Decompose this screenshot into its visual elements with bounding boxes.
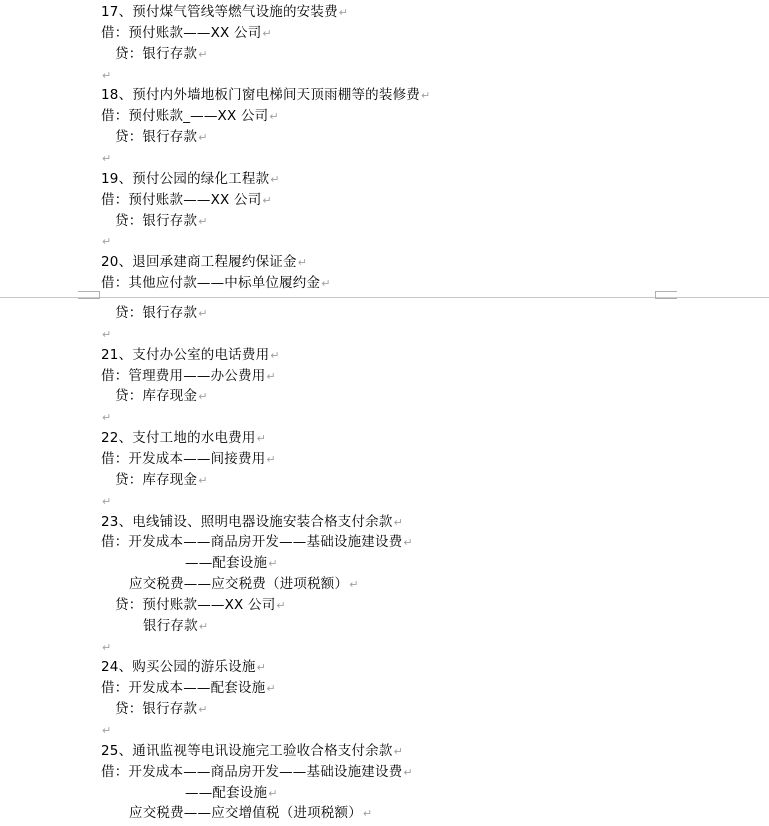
paragraph-mark-icon: ↵ [266,370,275,383]
document-line[interactable]: 贷：银行存款↵ [115,699,208,719]
line-text: 23、电线铺设、照明电器设施安装合格支付余款 [101,514,393,530]
paragraph-mark-icon: ↵ [298,256,307,269]
line-text: 贷：库存现金 [115,472,197,488]
paragraph-mark-icon: ↵ [198,703,207,716]
empty-paragraph[interactable]: ↵ [101,324,111,344]
document-line[interactable]: 应交税费——应交增值税（进项税额）↵ [129,803,372,823]
empty-paragraph[interactable]: ↵ [101,491,111,511]
empty-paragraph[interactable]: ↵ [101,65,111,85]
document-line[interactable]: 20、退回承建商工程履约保证金↵ [101,252,307,272]
paragraph-mark-icon: ↵ [102,69,111,82]
paragraph-mark-icon: ↵ [102,495,111,508]
paragraph-mark-icon: ↵ [403,536,412,549]
line-text: 22、支付工地的水电费用 [101,430,256,446]
line-text: ——配套设施 [185,785,267,801]
document-line[interactable]: 23、电线铺设、照明电器设施安装合格支付余款↵ [101,512,403,532]
line-text: 贷：库存现金 [115,388,197,404]
line-text: 借：开发成本——商品房开发——基础设施建设费 [101,534,402,550]
document-line[interactable]: ——配套设施↵ [185,553,278,573]
document-line[interactable]: 借：管理费用——办公费用↵ [101,366,276,386]
line-text: 借：其他应付款——中标单位履约金 [101,275,320,291]
paragraph-mark-icon: ↵ [199,620,208,633]
paragraph-mark-icon: ↵ [268,557,277,570]
paragraph-mark-icon: ↵ [276,599,285,612]
paragraph-mark-icon: ↵ [421,89,430,102]
paragraph-mark-icon: ↵ [270,173,279,186]
document-line[interactable]: 贷：预付账款——XX 公司↵ [115,595,286,615]
paragraph-mark-icon: ↵ [268,787,277,800]
empty-paragraph[interactable]: ↵ [101,637,111,657]
document-line[interactable]: 17、预付煤气管线等燃气设施的安装费↵ [101,2,348,22]
document-line[interactable]: 贷：银行存款↵ [115,127,208,147]
page-break-divider [0,297,769,298]
paragraph-mark-icon: ↵ [102,411,111,424]
document-line[interactable]: 18、预付内外墙地板门窗电梯间天顶雨棚等的装修费↵ [101,85,430,105]
line-text: 贷：银行存款 [115,701,197,717]
line-text: 借：预付账款_——XX 公司 [101,108,268,124]
document-line[interactable]: 19、预付公园的绿化工程款↵ [101,169,280,189]
document-line[interactable]: 应交税费——应交税费（进项税额）↵ [129,574,359,594]
line-text: 借：开发成本——间接费用 [101,451,265,467]
paragraph-mark-icon: ↵ [102,152,111,165]
document-line[interactable]: 21、支付办公室的电话费用↵ [101,345,280,365]
paragraph-mark-icon: ↵ [102,235,111,248]
document-line[interactable]: 贷：银行存款↵ [115,44,208,64]
document-line[interactable]: 贷：库存现金↵ [115,386,208,406]
paragraph-mark-icon: ↵ [363,807,372,820]
paragraph-mark-icon: ↵ [198,48,207,61]
line-text: 贷：银行存款 [115,46,197,62]
line-text: 贷：银行存款 [115,305,197,321]
paragraph-mark-icon: ↵ [262,194,271,207]
line-text: 应交税费——应交税费（进项税额） [129,576,348,592]
document-line[interactable]: 贷：银行存款↵ [115,211,208,231]
line-text: 21、支付办公室的电话费用 [101,347,269,363]
line-text: 借：预付账款——XX 公司 [101,192,261,208]
paragraph-mark-icon: ↵ [394,516,403,529]
document-line[interactable]: 24、购买公园的游乐设施↵ [101,657,266,677]
document-line[interactable]: 借：开发成本——商品房开发——基础设施建设费↵ [101,762,413,782]
paragraph-mark-icon: ↵ [394,745,403,758]
right-margin-crop-mark [655,291,677,299]
paragraph-mark-icon: ↵ [102,724,111,737]
left-margin-crop-mark [78,291,100,299]
paragraph-mark-icon: ↵ [266,682,275,695]
paragraph-mark-icon: ↵ [266,453,275,466]
paragraph-mark-icon: ↵ [321,277,330,290]
paragraph-mark-icon: ↵ [198,390,207,403]
paragraph-mark-icon: ↵ [198,131,207,144]
line-text: ——配套设施 [185,555,267,571]
line-text: 18、预付内外墙地板门窗电梯间天顶雨棚等的装修费 [101,87,420,103]
paragraph-mark-icon: ↵ [269,110,278,123]
document-line[interactable]: 贷：银行存款↵ [115,303,208,323]
paragraph-mark-icon: ↵ [403,766,412,779]
line-text: 借：预付账款——XX 公司 [101,25,261,41]
line-text: 17、预付煤气管线等燃气设施的安装费 [101,4,338,20]
empty-paragraph[interactable]: ↵ [101,148,111,168]
paragraph-mark-icon: ↵ [198,215,207,228]
document-line[interactable]: 借：开发成本——配套设施↵ [101,678,276,698]
line-text: 应交税费——应交增值税（进项税额） [129,805,362,821]
paragraph-mark-icon: ↵ [349,578,358,591]
document-line[interactable]: 借：预付账款——XX 公司↵ [101,190,272,210]
paragraph-mark-icon: ↵ [257,661,266,674]
paragraph-mark-icon: ↵ [198,307,207,320]
paragraph-mark-icon: ↵ [339,6,348,19]
paragraph-mark-icon: ↵ [262,27,271,40]
document-line[interactable]: ——配套设施↵ [185,783,278,803]
document-line[interactable]: 银行存款↵ [143,616,208,636]
document-line[interactable]: 贷：库存现金↵ [115,470,208,490]
line-text: 贷：银行存款 [115,129,197,145]
line-text: 24、购买公园的游乐设施 [101,659,256,675]
paragraph-mark-icon: ↵ [102,328,111,341]
document-line[interactable]: 借：开发成本——间接费用↵ [101,449,276,469]
line-text: 贷：预付账款——XX 公司 [115,597,275,613]
paragraph-mark-icon: ↵ [257,432,266,445]
document-line[interactable]: 借：其他应付款——中标单位履约金↵ [101,273,331,293]
empty-paragraph[interactable]: ↵ [101,231,111,251]
line-text: 19、预付公园的绿化工程款 [101,171,269,187]
paragraph-mark-icon: ↵ [198,474,207,487]
empty-paragraph[interactable]: ↵ [101,407,111,427]
empty-paragraph[interactable]: ↵ [101,720,111,740]
line-text: 借：开发成本——配套设施 [101,680,265,696]
line-text: 银行存款 [143,618,198,634]
line-text: 借：开发成本——商品房开发——基础设施建设费 [101,764,402,780]
paragraph-mark-icon: ↵ [102,641,111,654]
document-line[interactable]: 22、支付工地的水电费用↵ [101,428,266,448]
line-text: 20、退回承建商工程履约保证金 [101,254,297,270]
document-line[interactable]: 借：开发成本——商品房开发——基础设施建设费↵ [101,532,413,552]
paragraph-mark-icon: ↵ [270,349,279,362]
document-line[interactable]: 25、通讯监视等电讯设施完工验收合格支付余款↵ [101,741,403,761]
document-line[interactable]: 借：预付账款_——XX 公司↵ [101,106,279,126]
line-text: 借：管理费用——办公费用 [101,368,265,384]
document-line[interactable]: 借：预付账款——XX 公司↵ [101,23,272,43]
line-text: 贷：银行存款 [115,213,197,229]
line-text: 25、通讯监视等电讯设施完工验收合格支付余款 [101,743,393,759]
